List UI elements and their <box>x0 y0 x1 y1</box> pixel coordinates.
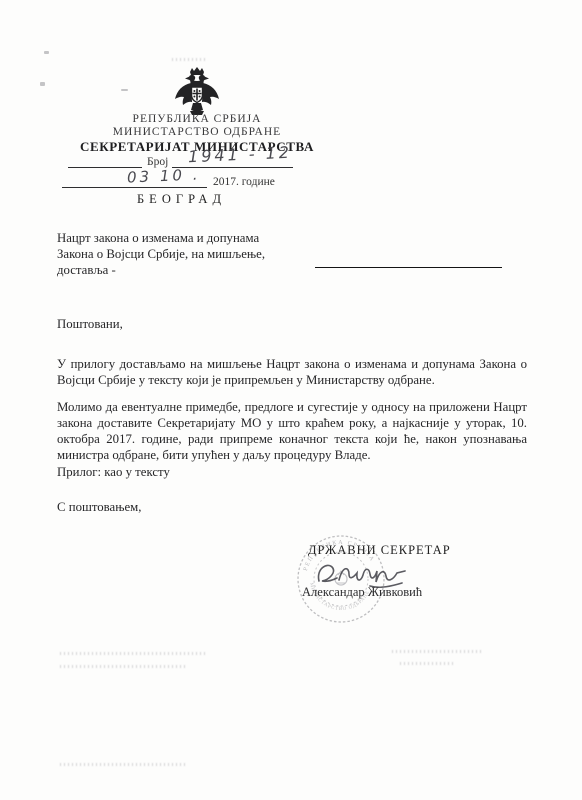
number-blank-line-left <box>68 153 142 168</box>
bleed-through-text <box>60 652 205 655</box>
bleed-through-text <box>60 665 188 668</box>
closing: С поштовањем, <box>57 499 141 515</box>
header-republic-line: РЕПУБЛИКА СРБИЈА <box>8 113 386 125</box>
signer-name: Александар Живковић <box>302 585 422 600</box>
attachment-note: Прилог: као у тексту <box>57 464 170 480</box>
subject-line-2: Закона о Војсци Србије, на мишљење, <box>57 246 265 262</box>
bleed-through-text <box>60 763 188 766</box>
paragraph-1: У прилогу достављамо на мишљење Нацрт за… <box>57 356 527 388</box>
scan-speck <box>44 51 49 54</box>
date-year-suffix: 2017. године <box>213 176 275 188</box>
salutation: Поштовани, <box>57 316 123 332</box>
scanned-letter-page: РЕПУБЛИКА СРБИЈА МИНИСТАРСТВО ОДБРАНЕ СЕ… <box>0 0 582 800</box>
scan-smudge <box>172 58 206 61</box>
date-handwritten-value: 03 10 . <box>127 165 201 186</box>
bleed-through-text <box>392 650 484 653</box>
subject-line-3: доставља - <box>57 262 116 278</box>
header-city: БЕОГРАД <box>137 192 226 207</box>
paragraph-2: Молимо да евентуалне примедбе, предлоге … <box>57 399 527 463</box>
header-ministry-line: МИНИСТАРСТВО ОДБРАНЕ <box>8 126 386 138</box>
bleed-through-text <box>400 662 455 665</box>
serbia-coat-of-arms-icon <box>170 66 224 116</box>
subject-line-1: Нацрт закона о изменама и допунама <box>57 230 259 246</box>
recipient-blank-line <box>315 253 502 268</box>
